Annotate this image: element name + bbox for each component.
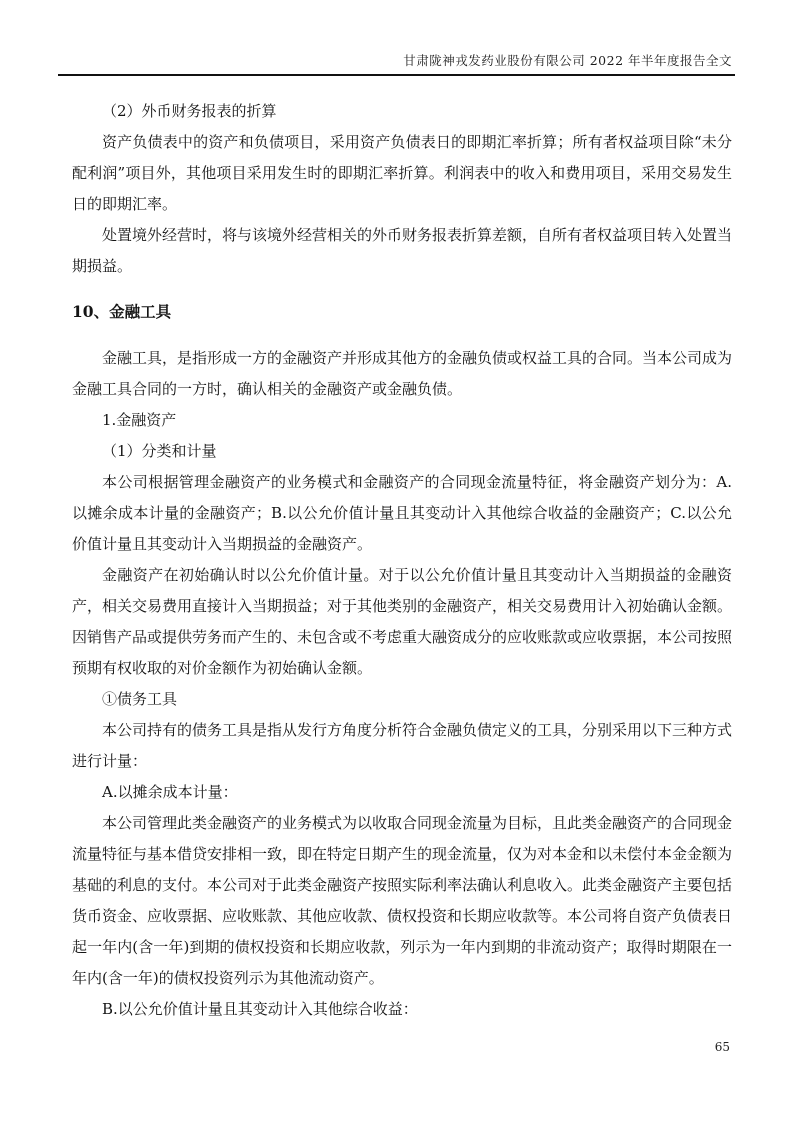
report-page: 甘肃陇神戎发药业股份有限公司 2022 年半年度报告全文 （2）外币财务报表的折…: [0, 0, 793, 1122]
list-item-line: （1）分类和计量: [72, 436, 732, 467]
paragraph: 本公司根据管理金融资产的业务模式和金融资产的合同现金流量特征，将金融资产划分为：…: [72, 467, 732, 560]
document-body: （2）外币财务报表的折算资产负债表中的资产和负债项目，采用资产负债表日的即期汇率…: [72, 96, 732, 1025]
list-item-line: ①债务工具: [72, 684, 732, 715]
paragraph: 金融资产在初始确认时以公允价值计量。对于以公允价值计量且其变动计入当期损益的金融…: [72, 560, 732, 684]
list-item-line: B.以公允价值计量且其变动计入其他综合收益：: [72, 994, 732, 1025]
paragraph: 资产负债表中的资产和负债项目，采用资产负债表日的即期汇率折算；所有者权益项目除“…: [72, 127, 732, 220]
page-number: 65: [0, 1040, 730, 1054]
paragraph: 金融工具，是指形成一方的金融资产并形成其他方的金融负债或权益工具的合同。当本公司…: [72, 343, 732, 405]
list-item-line: A.以摊余成本计量：: [72, 777, 732, 808]
paragraph: 处置境外经营时，将与该境外经营相关的外币财务报表折算差额，自所有者权益项目转入处…: [72, 220, 732, 282]
section-heading: 10、金融工具: [72, 296, 732, 327]
list-item-line: 1.金融资产: [72, 405, 732, 436]
header-rule: [58, 74, 735, 76]
page-header-title: 甘肃陇神戎发药业股份有限公司 2022 年半年度报告全文: [72, 52, 732, 70]
paragraph: 本公司持有的债务工具是指从发行方角度分析符合金融负债定义的工具，分别采用以下三种…: [72, 715, 732, 777]
list-item-line: （2）外币财务报表的折算: [72, 96, 732, 127]
paragraph: 本公司管理此类金融资产的业务模式为以收取合同现金流量为目标，且此类金融资产的合同…: [72, 808, 732, 994]
